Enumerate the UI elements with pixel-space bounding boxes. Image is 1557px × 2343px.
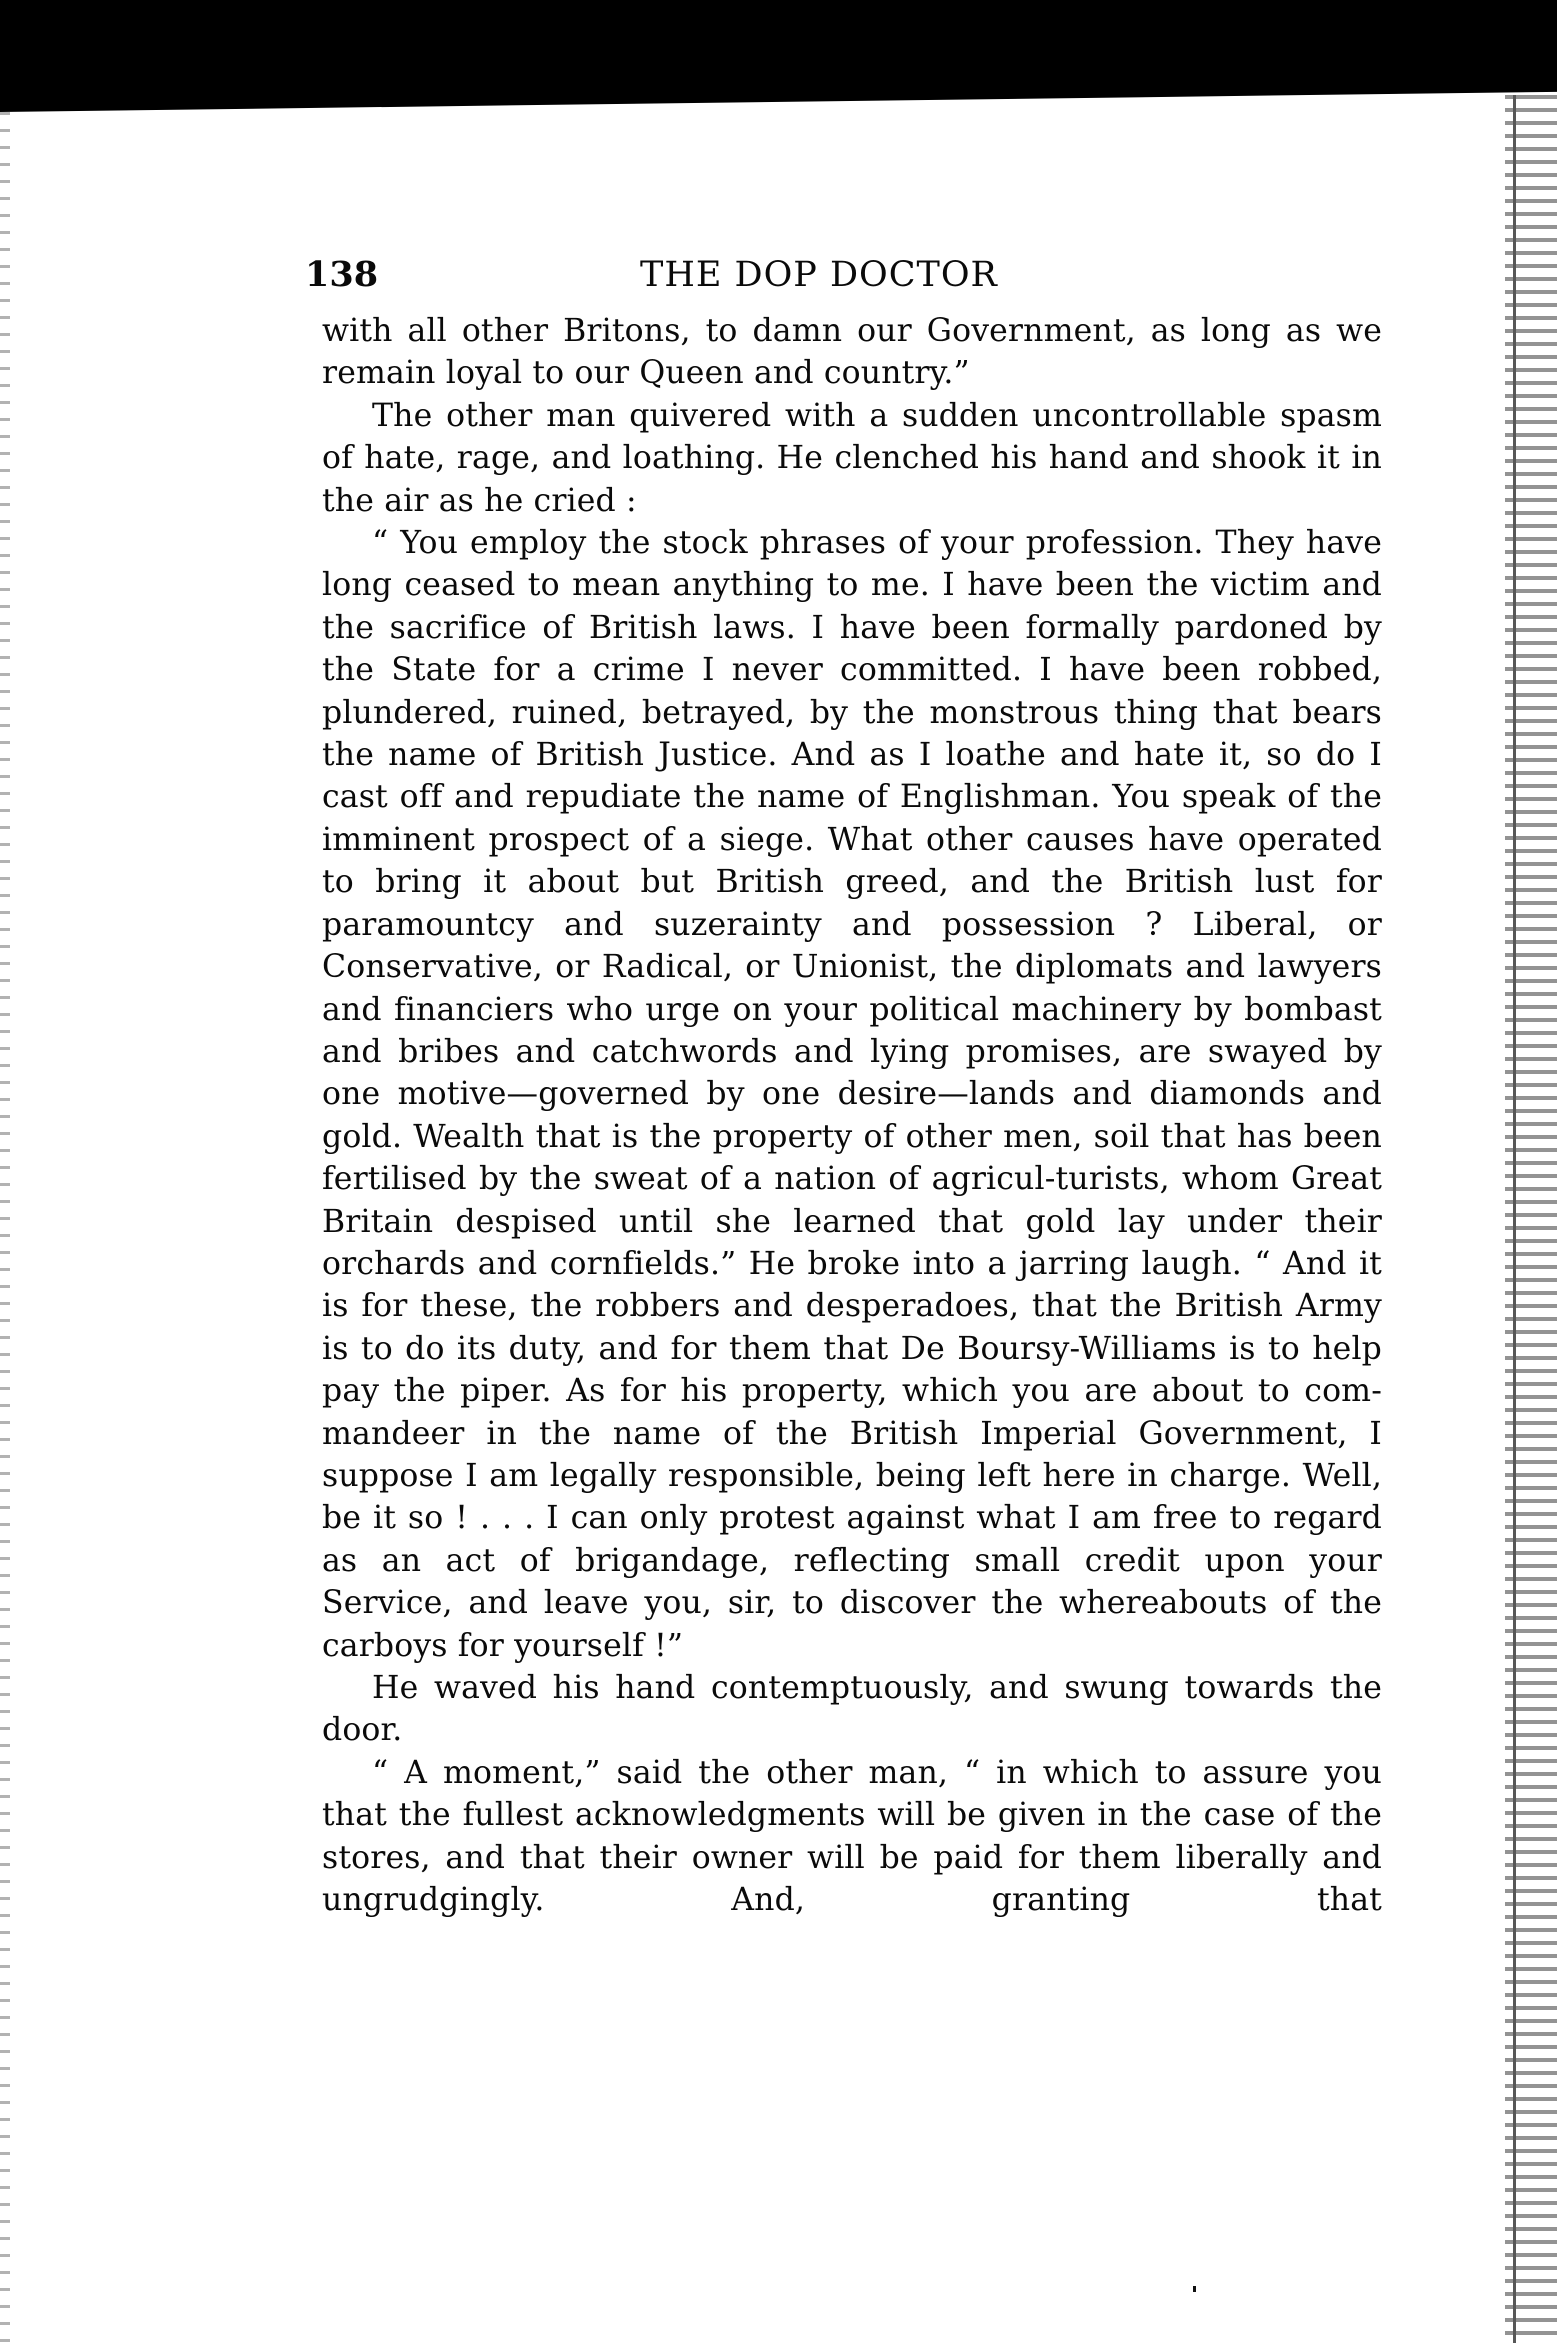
paragraph-2: The other man quivered with a sudden unc… — [322, 395, 1382, 522]
scan-left-edge — [0, 112, 10, 2343]
scan-top-border — [0, 0, 1557, 112]
paragraph-3: “ You employ the stock phrases of your p… — [322, 522, 1382, 1667]
paragraph-5: “ A moment,” said the other man, “ in wh… — [322, 1752, 1382, 1922]
running-head: 138 THE DOP DOCTOR — [322, 250, 1382, 310]
paragraph-1: with all other Britons, to damn our Gove… — [322, 310, 1382, 395]
body-text: with all other Britons, to damn our Gove… — [322, 310, 1382, 1921]
paragraph-4: He waved his hand contemptuously, and sw… — [322, 1667, 1382, 1752]
scan-right-edge — [1505, 95, 1557, 2343]
book-page: 138 THE DOP DOCTOR with all other Briton… — [322, 250, 1382, 1921]
page-number: 138 — [305, 250, 378, 300]
running-title: THE DOP DOCTOR — [640, 250, 998, 300]
scan-speck — [1193, 2286, 1196, 2292]
